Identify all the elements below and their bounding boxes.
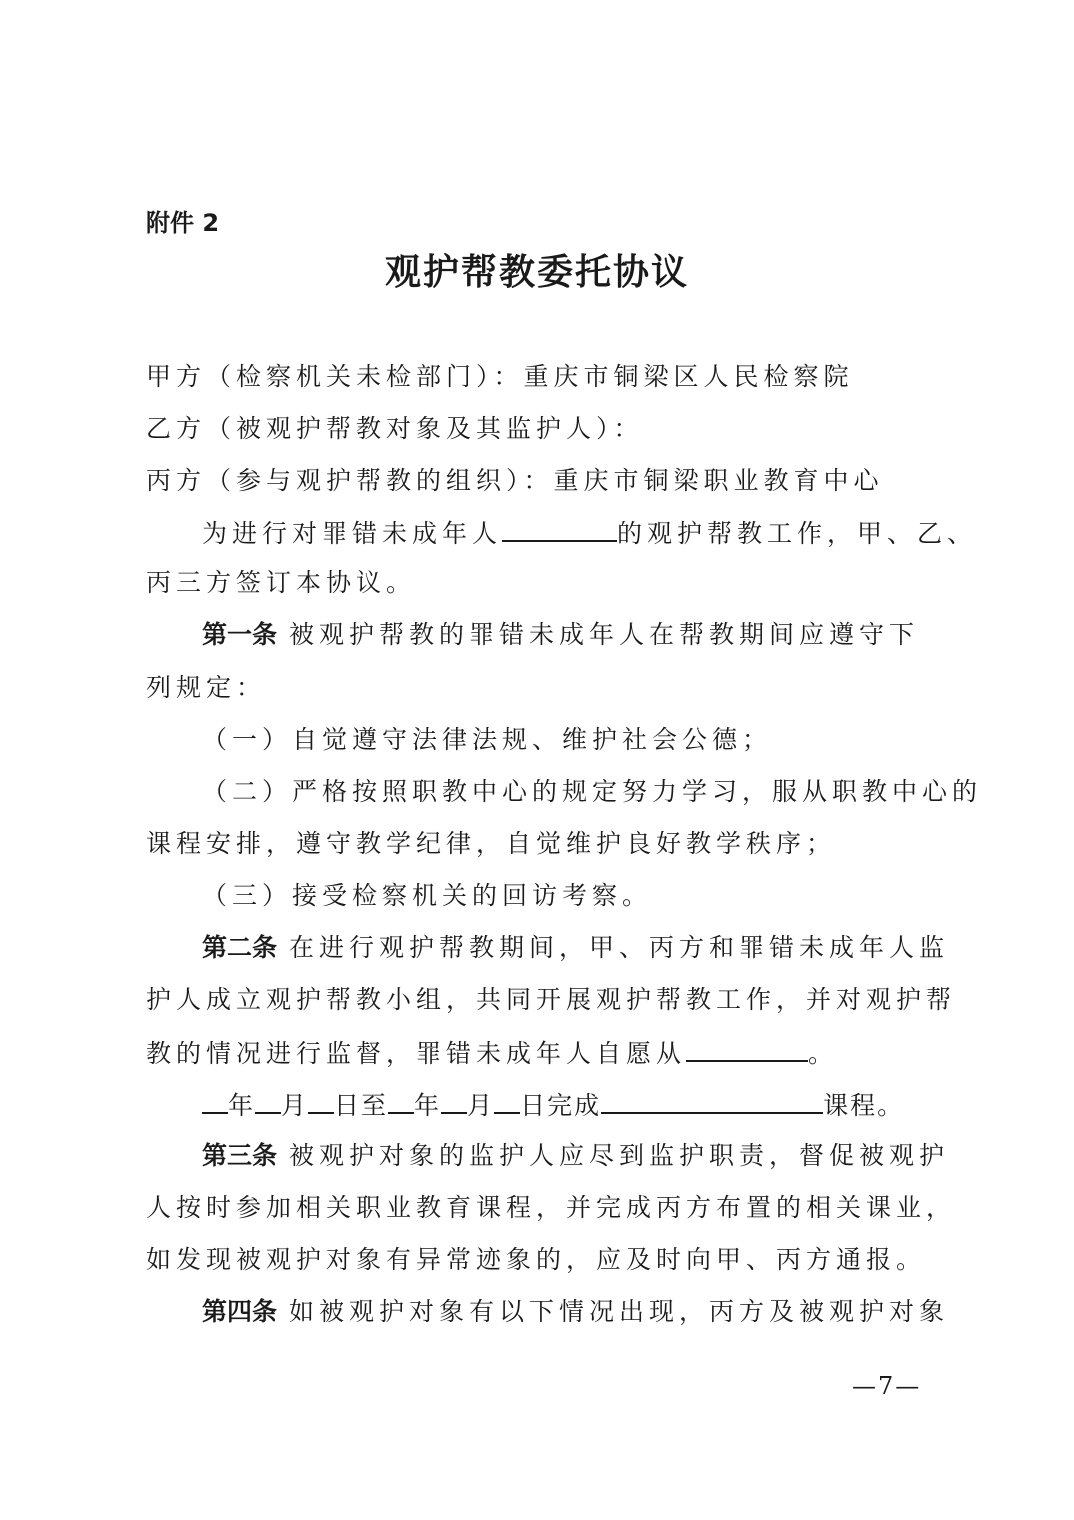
end-year-blank[interactable] xyxy=(388,1090,414,1114)
start-month-blank[interactable] xyxy=(255,1090,281,1114)
start-year-blank[interactable] xyxy=(202,1090,228,1114)
article3-label: 第三条 xyxy=(202,1141,277,1170)
intro-line-1: 为进行对罪错未成年人的观护帮教工作，甲、乙、 xyxy=(202,518,977,549)
article3-line-1: 第三条被观护对象的监护人应尽到监护职责，督促被观护 xyxy=(202,1141,949,1171)
article1-line-1: 第一条被观护帮教的罪错未成年人在帮教期间应遵守下 xyxy=(202,620,919,650)
course-label: 课程。 xyxy=(823,1091,904,1120)
article3-line-3: 如发现被观护对象有异常迹象的，应及时向甲、丙方通报。 xyxy=(146,1245,926,1275)
date-range-line: 年月日至年月日完成课程。 xyxy=(202,1090,904,1121)
party-a: 甲方（检察机关未检部门）：重庆市铜梁区人民检察院 xyxy=(146,362,854,392)
attachment-label: 附件 2 xyxy=(146,203,219,238)
minor-name-blank[interactable] xyxy=(502,518,617,542)
intro-line-2: 丙三方签订本协议。 xyxy=(146,568,416,598)
article2-line-2: 护人成立观护帮教小组，共同开展观护帮教工作，并对观护帮 xyxy=(146,985,956,1015)
date-complete-label: 日完成 xyxy=(520,1091,601,1120)
document-title: 观护帮教委托协议 xyxy=(0,244,1074,295)
document-page: 附件 2 观护帮教委托协议 甲方（检察机关未检部门）：重庆市铜梁区人民检察院 乙… xyxy=(0,0,1074,1520)
article3-line-2: 人按时参加相关职业教育课程，并完成丙方布置的相关课业， xyxy=(146,1193,956,1223)
party-c: 丙方（参与观护帮教的组织）：重庆市铜梁职业教育中心 xyxy=(146,466,884,496)
intro-text-post: 的观护帮教工作，甲、乙、 xyxy=(617,519,977,548)
article1-line-2: 列规定： xyxy=(146,673,266,703)
article1-item-1: （一）自觉遵守法律法规、维护社会公德； xyxy=(202,725,772,755)
article2-line-1: 第二条在进行观护帮教期间，甲、丙方和罪错未成年人监 xyxy=(202,933,949,963)
article2-line3-end: 。 xyxy=(808,1039,838,1068)
article2-line3-text: 教的情况进行监督，罪错未成年人自愿从 xyxy=(146,1039,686,1068)
start-day-blank[interactable] xyxy=(308,1090,334,1114)
date-year-label: 年 xyxy=(414,1091,441,1120)
intro-text-pre: 为进行对罪错未成年人 xyxy=(202,519,502,548)
article1-text: 被观护帮教的罪错未成年人在帮教期间应遵守下 xyxy=(289,620,919,649)
date-month-label: 月 xyxy=(281,1091,308,1120)
article1-label: 第一条 xyxy=(202,620,277,649)
date-month-label: 月 xyxy=(467,1091,494,1120)
date-to-label: 日至 xyxy=(334,1091,388,1120)
article3-text: 被观护对象的监护人应尽到监护职责，督促被观护 xyxy=(289,1141,949,1170)
voluntary-blank[interactable] xyxy=(686,1038,808,1062)
party-b: 乙方（被观护帮教对象及其监护人）： xyxy=(146,414,644,444)
article4-text: 如被观护对象有以下情况出现，丙方及被观护对象 xyxy=(289,1297,949,1326)
page-number: —7— xyxy=(852,1372,921,1400)
article4-line-1: 第四条如被观护对象有以下情况出现，丙方及被观护对象 xyxy=(202,1297,949,1327)
article2-line-3: 教的情况进行监督，罪错未成年人自愿从。 xyxy=(146,1038,838,1069)
article1-item-2-line-1: （二）严格按照职教中心的规定努力学习，服从职教中心的 xyxy=(202,777,982,807)
date-year-label: 年 xyxy=(228,1091,255,1120)
end-day-blank[interactable] xyxy=(494,1090,520,1114)
article1-item-3: （三）接受检察机关的回访考察。 xyxy=(202,881,652,911)
article4-label: 第四条 xyxy=(202,1297,277,1326)
article2-label: 第二条 xyxy=(202,933,277,962)
course-name-blank[interactable] xyxy=(601,1090,823,1114)
article1-item-2-line-2: 课程安排，遵守教学纪律，自觉维护良好教学秩序； xyxy=(146,829,836,859)
end-month-blank[interactable] xyxy=(441,1090,467,1114)
article2-text: 在进行观护帮教期间，甲、丙方和罪错未成年人监 xyxy=(289,933,949,962)
